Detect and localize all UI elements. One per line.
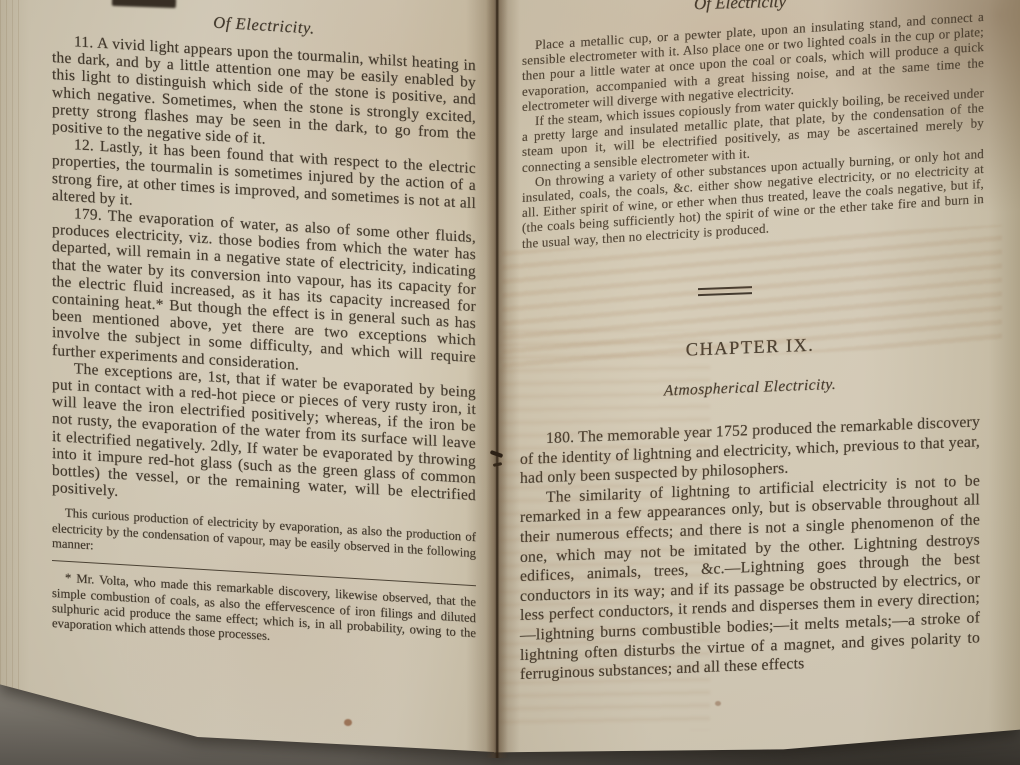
book-photo: Of Electricity. 11. A vivid light appear… [0,0,1020,765]
print-showthrough [500,330,710,730]
volta-footnote: * Mr. Volta, who made this remarkable di… [52,570,476,656]
experiment-instructions-block: Place a metallic cup, or a pewter plate,… [522,9,984,251]
open-book: Of Electricity. 11. A vivid light appear… [0,0,1020,765]
left-page-body: 11. A vivid light appears upon the tourm… [52,32,476,522]
paragraph-179: 179. The evaporation of water, as also o… [52,204,476,384]
foxing-spot [715,701,721,706]
book-gutter [486,0,508,758]
foxing-spot [344,719,352,726]
left-page: Of Electricity. 11. A vivid light appear… [0,0,494,752]
paragraph-exceptions: The exceptions are, 1st, that if water b… [52,359,476,522]
left-page-text-block: Of Electricity. 11. A vivid light appear… [52,3,476,657]
right-running-header: Of Electricity [590,0,890,17]
